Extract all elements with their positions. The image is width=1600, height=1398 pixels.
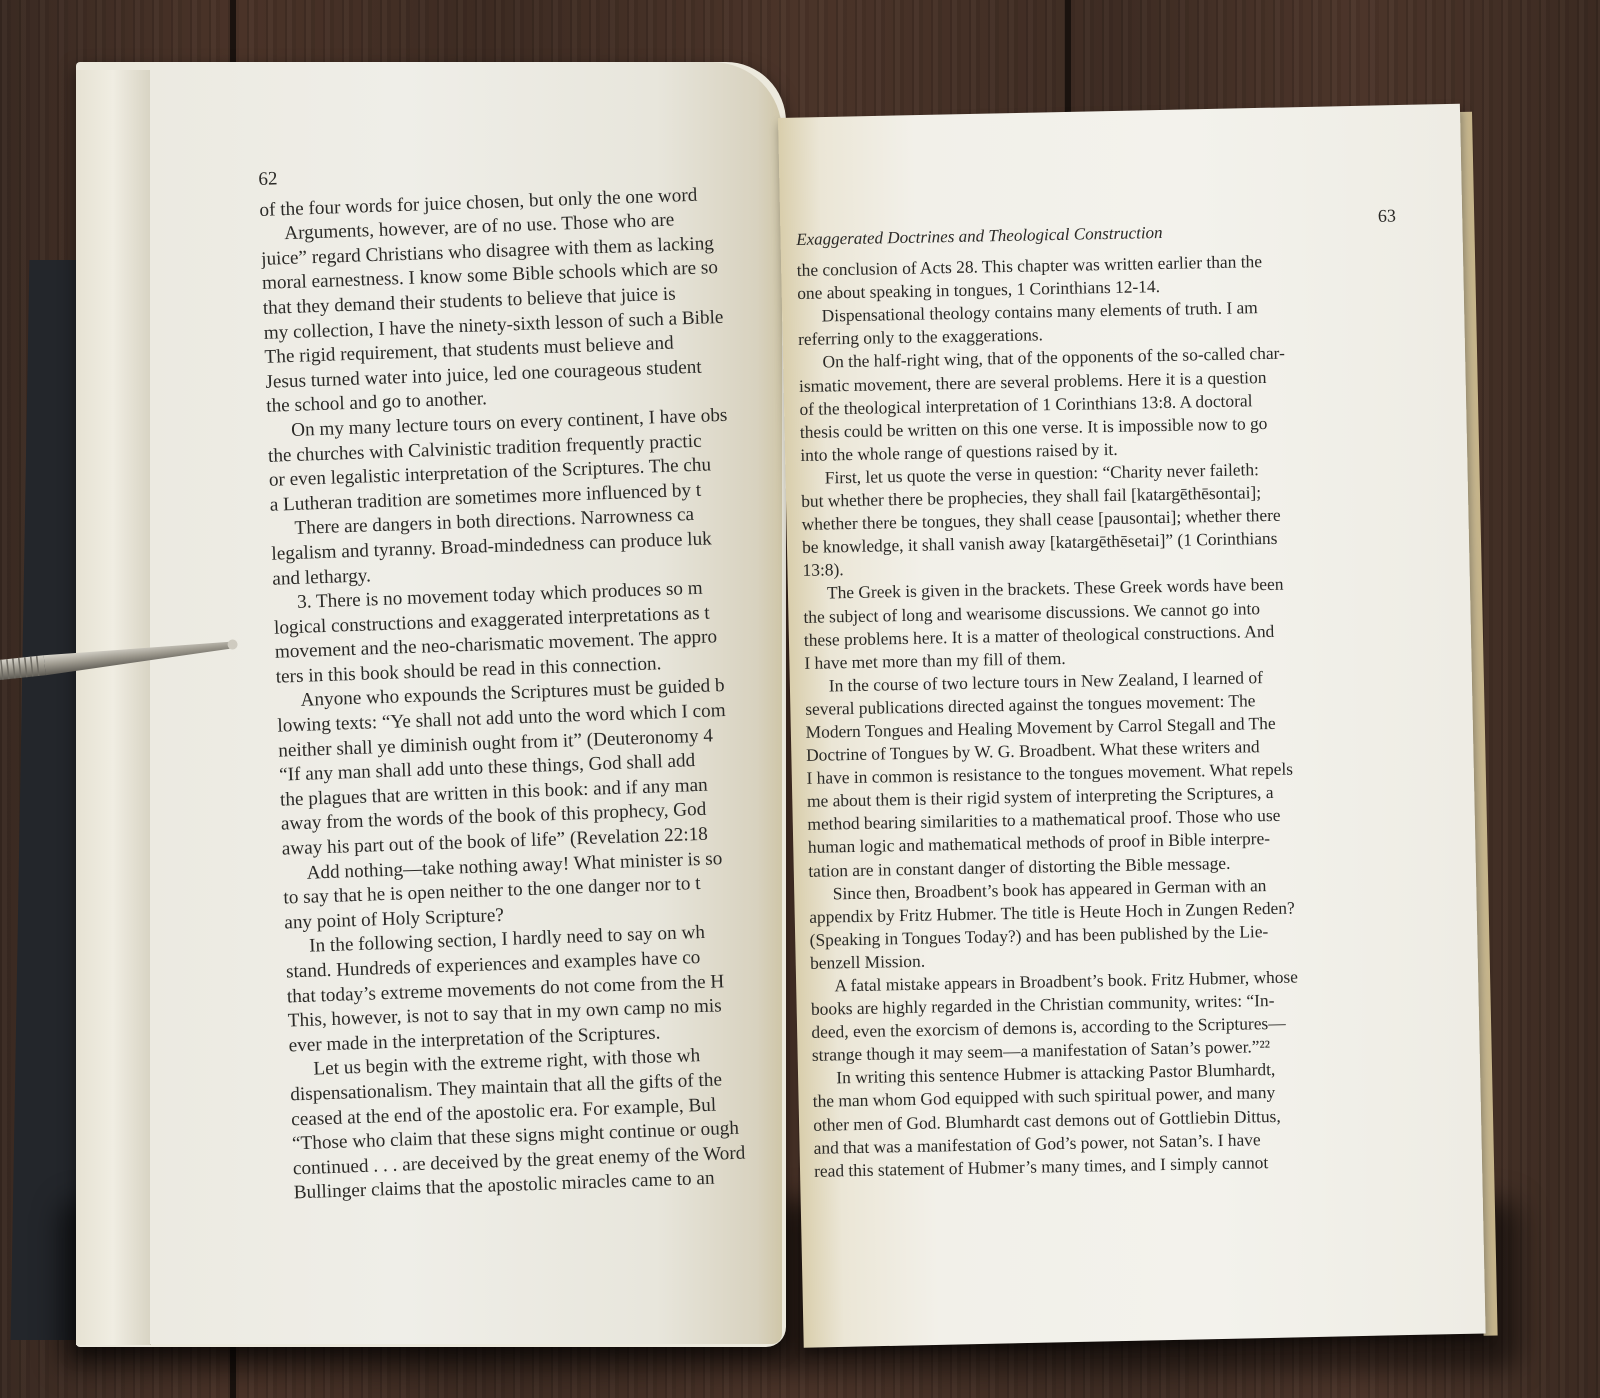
table-board-gap [1065, 0, 1071, 120]
page-number-right: 63 [1378, 204, 1397, 239]
left-page-lines: of the four words for juice chosen, but … [259, 180, 834, 1207]
right-page-text: Exaggerated Doctrines and Theological Co… [796, 216, 1414, 1182]
right-page-lines: the conclusion of Acts 28. This chapter … [797, 248, 1415, 1183]
left-page-text: 62 of the four words for juice chosen, b… [258, 149, 834, 1206]
book-fore-edge [76, 70, 151, 1345]
